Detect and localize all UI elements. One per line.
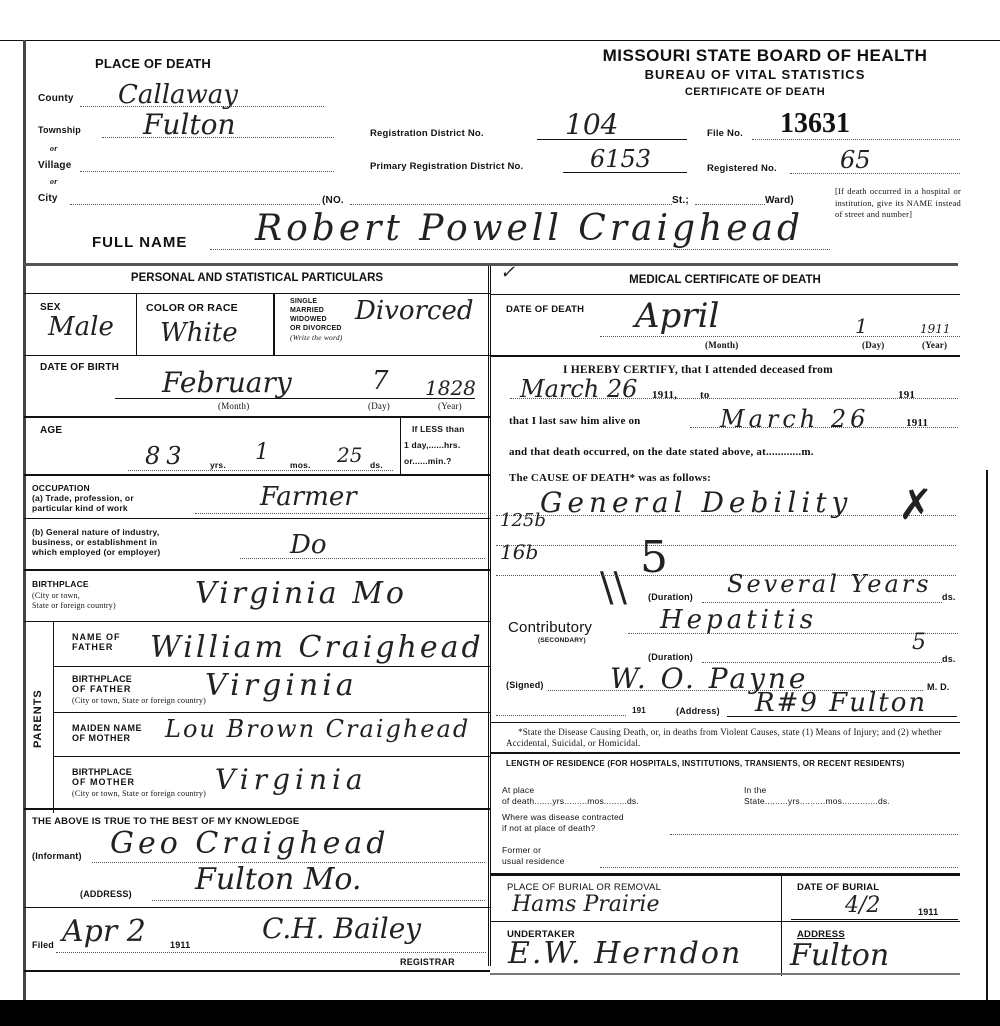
filed-label: Filed [32,940,54,950]
or-text-2: or [50,177,58,186]
dod-line [600,336,960,337]
mother-birthplace-label-1: BIRTHPLACE [72,768,132,777]
row-rule-6 [24,808,490,810]
hospital-note: [If death occurred in a hospital or inst… [835,186,961,221]
township-label: Township [38,125,81,135]
less-than-line-3: or......min.? [404,456,451,466]
cause-mark-strokes: \\ [600,565,627,611]
birthplace-sub-1: (City or town, [32,591,80,600]
race-marital-divider [273,293,275,355]
age-days[interactable]: 25 [337,443,362,467]
undertaker-value[interactable]: E.W. Herndon [508,936,742,971]
contributory-value[interactable]: Hepatitis [660,605,817,635]
registered-no-line [790,173,960,174]
dob-month-caption: (Month) [218,401,249,411]
occupation-b-value[interactable]: Do [290,530,327,560]
former-line [600,867,958,868]
county-label: County [38,93,74,104]
village-label: Village [38,160,71,171]
less-than-line-1: If LESS than [412,424,464,434]
filed-line [56,952,486,953]
physician-address-label: (Address) [676,706,720,716]
dob-day-caption: (Day) [368,401,390,411]
full-name-line [210,249,830,250]
informant-address-value[interactable]: Fulton Mo. [195,862,362,897]
primary-district-label: Primary Registration District No. [370,161,523,172]
primary-district-value[interactable]: 6153 [590,145,651,173]
duration-label: (Duration) [648,592,693,602]
parents-divider [53,621,54,813]
informant-label: (Informant) [32,851,82,861]
attended-year-text: 1911 [652,389,674,401]
marital-label-widowed: WIDOWED [290,315,327,324]
race-label: COLOR OR RACE [146,302,238,314]
marital-label-divorced: OR DIVORCED [290,324,342,333]
age-label: AGE [40,425,62,436]
cause-code-2: 16b [500,540,538,564]
father-name-label-2: FATHER [72,643,113,652]
medical-heading: MEDICAL CERTIFICATE OF DEATH [490,274,960,286]
bottom-rule-left [24,970,490,972]
dob-year[interactable]: 1828 [425,376,476,400]
registration-district-label: Registration District No. [370,128,484,139]
county-value[interactable]: Callaway [118,80,238,110]
right-border [986,470,988,1000]
occupation-b-line [240,558,485,559]
age-months[interactable]: 1 [255,440,269,465]
left-col-right-edge [488,266,489,966]
death-occurred-text: and that death occurred, on the date sta… [509,446,814,458]
medical-heading-rule [490,294,960,295]
bottom-rule-right [490,973,960,975]
file-no-value: 13631 [780,108,850,140]
row-rule-3 [24,474,490,476]
mother-name-label-1: MAIDEN NAME [72,724,142,733]
parents-side-label: PARENTS [32,689,44,748]
personal-heading: PERSONAL AND STATISTICAL PARTICULARS [24,272,490,284]
occupation-a-value[interactable]: Farmer [260,482,357,512]
father-name-value[interactable]: William Craighead [150,630,484,665]
center-divider [490,266,491,966]
personal-heading-rule [24,293,490,294]
place-of-death-heading: PLACE OF DEATH [95,56,211,71]
at-place-line-1: At place [502,786,534,795]
file-no-label: File No. [707,128,743,139]
burial-date-value[interactable]: 4/2 [845,893,880,918]
burial-divider [781,876,782,976]
marital-value[interactable]: Divorced [355,296,474,326]
physician-address-value[interactable]: R#9 Fulton [755,688,927,718]
undertaker-address-value[interactable]: Fulton [790,938,889,973]
scan-bottom-band [0,1000,1000,1026]
occupation-a-line [195,513,485,514]
ward-label: Ward) [765,195,794,206]
duration-line [702,602,942,603]
age-ds-unit: ds. [370,460,383,470]
full-name-label: FULL NAME [92,234,187,251]
filed-year: 1911 [170,940,190,950]
occupation-b-line-3: which employed (or employer) [32,548,160,557]
certificate-type: CERTIFICATE OF DEATH [570,86,940,98]
less-than-line-2: 1 day,......hrs. [404,440,460,450]
father-name-label-1: NAME OF [72,633,121,642]
footnote: *State the Disease Causing Death, or, in… [506,727,958,748]
city-label: City [38,193,58,204]
dob-day[interactable]: 7 [372,366,389,396]
registered-no-value[interactable]: 65 [840,146,871,174]
dod-month-caption: (Month) [705,340,738,350]
contrib-duration-days[interactable]: 5 [912,630,926,655]
to-label: to [700,389,710,401]
race-value[interactable]: White [160,318,238,348]
dod-month[interactable]: April [635,296,719,336]
occupation-a-line-2: particular kind of work [32,504,128,513]
city-line [70,204,320,205]
medical-rule-2 [490,722,960,723]
dod-year[interactable]: 1911 [920,322,951,336]
contributory-label: Contributory [508,619,592,636]
cause-mark-x: ✗ [898,480,933,529]
registrar-signature[interactable]: C.H. Bailey [262,912,421,945]
less-than-divider [400,416,401,474]
father-birthplace-value[interactable]: Virginia [205,668,358,703]
mother-name-label-2: OF MOTHER [72,734,131,743]
contracted-line-1: Where was disease contracted [502,813,624,822]
occupation-b-line-2: business, or establishment in [32,538,157,547]
registered-no-label: Registered No. [707,163,777,174]
father-birthplace-sub: (City or town, State or foreign country) [72,696,206,705]
registration-district-value[interactable]: 104 [565,108,618,141]
sign-date-prefix: 191 [632,706,646,715]
marital-label-single: SINGLE [290,297,317,306]
full-name-value[interactable]: Robert Powell Craighead [255,208,804,249]
informant-value[interactable]: Geo Craighead [110,826,389,861]
at-place-line-2: of death.......yrs.........mos.........d… [502,797,639,806]
medical-rule-3 [490,752,960,754]
occupation-a-line-1: (a) Trade, profession, or [32,494,134,503]
former-line-1: Former or [502,846,541,855]
occupation-b-line-1: (b) General nature of industry, [32,528,159,537]
dob-year-caption: (Year) [438,401,462,411]
cause-line-2 [496,545,956,546]
marital-label-married: MARRIED [290,306,324,315]
cause-code-1: 125b [500,510,546,531]
cause-value[interactable]: General Debility [540,486,852,519]
birthplace-value[interactable]: Virginia Mo [195,576,407,611]
burial-rule [490,921,960,922]
sex-race-divider [136,293,137,355]
occupation-split [24,518,490,519]
medical-rule-4 [490,873,960,876]
row-rule-4 [24,569,490,571]
sign-date-line [496,715,626,716]
mother-birthplace-sub: (City or town, State or foreign country) [72,789,206,798]
street-st-label: St.; [672,195,689,206]
dob-month[interactable]: February [162,366,292,399]
age-mos-unit: mos. [290,460,311,470]
last-saw-year: 1911 [906,417,928,429]
sex-value[interactable]: Male [48,312,114,342]
row-rule-1 [24,355,490,356]
burial-place-value[interactable]: Hams Prairie [512,892,660,917]
dod-year-caption: (Year) [922,340,947,350]
in-state-line-2: State.........yrs..........mos..........… [744,797,890,806]
row-rule-5 [24,621,490,622]
dob-label: DATE OF BIRTH [40,362,119,373]
or-text-1: or [50,144,58,153]
burial-date-line [791,919,958,920]
burial-date-year: 1911 [918,907,938,917]
informant-address-line [152,900,485,901]
mother-birthplace-label-2: OF MOTHER [72,778,135,787]
row-rule-father-bp [53,712,490,713]
mother-birthplace-value[interactable]: Virginia [215,763,368,796]
cause-text: The CAUSE OF DEATH* was as follows: [509,472,711,484]
dod-day-caption: (Day) [862,340,885,350]
last-saw-value[interactable]: March 26 [720,405,869,433]
township-value[interactable]: Fulton [143,108,236,141]
in-state-line-1: In the [744,786,766,795]
father-birthplace-label-2: OF FATHER [72,685,131,694]
row-rule-7 [24,907,490,908]
occupation-label: OCCUPATION [32,484,90,493]
dod-label: DATE OF DEATH [506,304,584,315]
dod-day[interactable]: 1 [855,314,868,338]
ward-line [695,204,765,205]
section-divider-top [24,263,958,266]
father-birthplace-label-1: BIRTHPLACE [72,675,132,684]
informant-address-label: (ADDRESS) [80,889,132,899]
former-line-2: usual residence [502,857,565,866]
to-year-prefix: 191 [898,389,915,401]
marital-label-write: (Write the word) [290,333,343,342]
row-rule-2 [24,416,490,418]
duration-value[interactable]: Several Years [727,570,932,598]
contracted-line-2: if not at place of death? [502,824,595,833]
signed-label: (Signed) [506,680,544,690]
last-saw-text: that I last saw him alive on [509,415,641,427]
mother-name-value[interactable]: Lou Brown Craighead [165,715,470,743]
age-years[interactable]: 83 [145,442,188,470]
duration-ds: ds. [942,592,956,602]
secondary-label: (SECONDARY) [538,637,586,644]
birthplace-label: BIRTHPLACE [32,580,89,589]
residence-heading: LENGTH OF RESIDENCE (FOR HOSPITALS, INST… [506,759,958,769]
contrib-duration-label: (Duration) [648,652,693,662]
attended-from-year: 1911, [652,389,677,401]
filed-value[interactable]: Apr 2 [62,914,146,949]
age-yrs-unit: yrs. [210,460,226,470]
contracted-line [670,834,958,835]
md-label: M. D. [927,682,950,692]
row-rule-father [53,666,490,667]
burial-date-label: DATE OF BURIAL [797,882,879,893]
attended-from[interactable]: March 26 [520,375,637,403]
top-edge-line [0,40,1000,41]
street-no-label: (NO. [322,195,344,206]
contrib-duration-ds: ds. [942,654,956,664]
registrar-label: REGISTRAR [400,957,455,967]
left-border [23,40,26,1000]
medical-rule-1 [490,355,960,357]
bureau-title: BUREAU OF VITAL STATISTICS [570,67,940,82]
street-line [350,204,672,205]
village-line [80,171,334,172]
row-rule-mother [53,756,490,757]
birthplace-sub-2: State or foreign country) [32,601,116,610]
age-line [128,470,393,471]
board-title: MISSOURI STATE BOARD OF HEALTH [570,46,960,66]
